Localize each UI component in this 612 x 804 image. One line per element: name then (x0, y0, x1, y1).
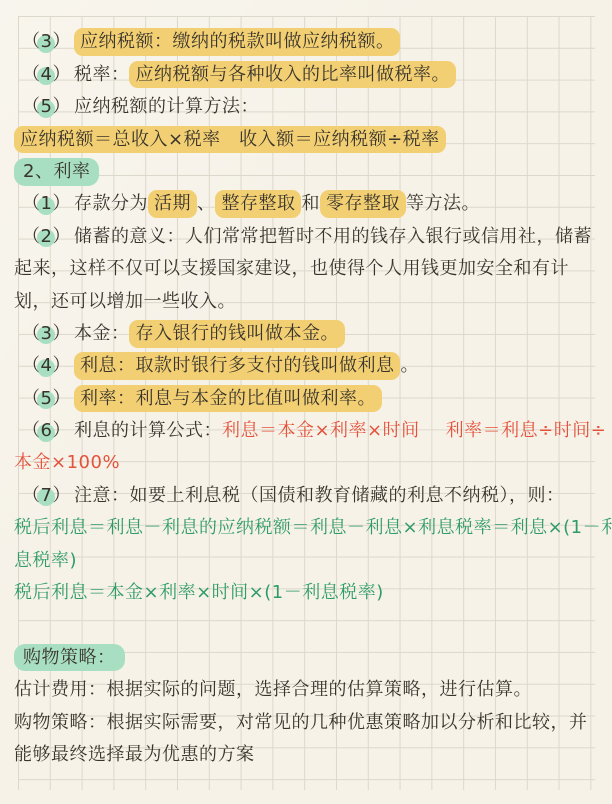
text-segment: 储蓄的意义：人们常常把暂时不用的钱存入银行或信用社，储蓄 (74, 226, 592, 248)
highlighted-text: 利率：利息与本金的比值叫做利率。 (74, 385, 382, 413)
text-segment: 本金： (74, 323, 130, 345)
note-line: （6）利息的计算公式：利息＝本金×利率×时间利率＝利息÷时间÷ (14, 415, 608, 447)
text-segment: 购物策略：根据实际需要，对常见的几种优惠策略加以分析和比较，并 (14, 712, 588, 734)
highlighted-text: 应纳税额：缴纳的税款叫做应纳税额。 (74, 28, 401, 56)
text-segment: 、 (197, 193, 216, 215)
list-number-marker: （3） (22, 31, 71, 53)
list-number-marker: （2） (22, 226, 71, 248)
highlighted-text: 零存整取 (320, 190, 406, 218)
note-line: （3）本金：存入银行的钱叫做本金。 (14, 318, 608, 350)
text-segment: 估计费用：根据实际的问题，选择合理的估算策略，进行估算。 (14, 679, 532, 701)
text-segment: 存款分为 (74, 193, 148, 215)
note-line: 税后利息＝利息－利息的应纳税额＝利息－利息×利息税率＝利息×(1－利 (14, 512, 608, 544)
note-line: 估计费用：根据实际的问题，选择合理的估算策略，进行估算。 (14, 674, 608, 706)
formula-green-text: 税后利息＝本金×利率×时间×(1－利息税率) (14, 582, 384, 604)
note-line: （4）税率：应纳税额与各种收入的比率叫做税率。 (14, 58, 608, 90)
text-segment: 注意：如要上利息税（国债和教育储藏的利息不纳税），则： (74, 485, 565, 507)
formula-green-text: 息税率) (14, 550, 77, 572)
text-segment: 等方法。 (406, 193, 480, 215)
list-number-marker: （3） (22, 323, 71, 345)
note-line: 购物策略： (14, 641, 608, 673)
list-number-marker: （5） (22, 96, 71, 118)
text-segment: 起来，这样不仅可以支援国家建设，也使得个人用钱更加安全和有计 (14, 258, 569, 280)
note-line: （2）储蓄的意义：人们常常把暂时不用的钱存入银行或信用社，储蓄 (14, 220, 608, 252)
highlighted-text: 存入银行的钱叫做本金。 (129, 320, 345, 348)
note-line: （1）存款分为活期、整存整取和零存整取等方法。 (14, 188, 608, 220)
text-segment: 划，还可以增加一些收入。 (14, 291, 236, 313)
note-lines: （3）应纳税额：缴纳的税款叫做应纳税额。（4）税率：应纳税额与各种收入的比率叫做… (14, 26, 608, 771)
list-number-marker: （1） (22, 193, 71, 215)
formula-red-text: 利率＝利息÷时间÷ (446, 420, 607, 442)
list-number-marker: （6） (22, 420, 71, 442)
text-segment: 税率： (74, 64, 130, 86)
formula-red-text: 本金×100% (14, 452, 120, 474)
text-segment: 利息的计算公式： (74, 420, 222, 442)
note-line: 起来，这样不仅可以支援国家建设，也使得个人用钱更加安全和有计 (14, 253, 608, 285)
text-segment: 应纳税额的计算方法： (74, 96, 259, 118)
highlighted-text: 活期 (148, 190, 197, 218)
highlighted-text: 应纳税额与各种收入的比率叫做税率。 (129, 61, 456, 89)
text-segment: 。 (400, 355, 419, 377)
list-number-marker: （4） (22, 355, 71, 377)
note-line: （3）应纳税额：缴纳的税款叫做应纳税额。 (14, 26, 608, 58)
note-line: 税后利息＝本金×利率×时间×(1－利息税率) (14, 577, 608, 609)
note-line: 划，还可以增加一些收入。 (14, 285, 608, 317)
formula-green-text: 税后利息＝利息－利息的应纳税额＝利息－利息×利息税率＝利息×(1－利 (14, 517, 612, 539)
section-heading: 2、利率 (14, 158, 99, 186)
highlighted-text: 整存整取 (215, 190, 301, 218)
formula-red-text: 利息＝本金×利率×时间 (222, 420, 420, 442)
note-line: 购物策略：根据实际需要，对常见的几种优惠策略加以分析和比较，并 (14, 706, 608, 738)
list-number-marker: （5） (22, 388, 71, 410)
note-line: 息税率) (14, 544, 608, 576)
text-segment: 和 (301, 193, 320, 215)
text-segment: 能够最终选择最为优惠的方案 (14, 744, 255, 766)
note-line: （5）利率：利息与本金的比值叫做利率。 (14, 382, 608, 414)
note-line: 应纳税额＝总收入×税率 收入额＝应纳税额÷税率 (14, 123, 608, 155)
note-line: 本金×100% (14, 447, 608, 479)
list-number-marker: （7） (22, 485, 71, 507)
blank-line (14, 609, 608, 641)
note-line: 2、利率 (14, 156, 608, 188)
note-line: （4）利息：取款时银行多支付的钱叫做利息。 (14, 350, 608, 382)
note-line: 能够最终选择最为优惠的方案 (14, 739, 608, 771)
list-number-marker: （4） (22, 64, 71, 86)
highlighted-text: 应纳税额＝总收入×税率 收入额＝应纳税额÷税率 (14, 126, 446, 154)
note-line: （7）注意：如要上利息税（国债和教育储藏的利息不纳税），则： (14, 479, 608, 511)
notes-page: （3）应纳税额：缴纳的税款叫做应纳税额。（4）税率：应纳税额与各种收入的比率叫做… (0, 0, 612, 804)
highlighted-text: 利息：取款时银行多支付的钱叫做利息 (74, 352, 401, 380)
note-line: （5）应纳税额的计算方法： (14, 91, 608, 123)
section-heading: 购物策略： (14, 644, 125, 672)
